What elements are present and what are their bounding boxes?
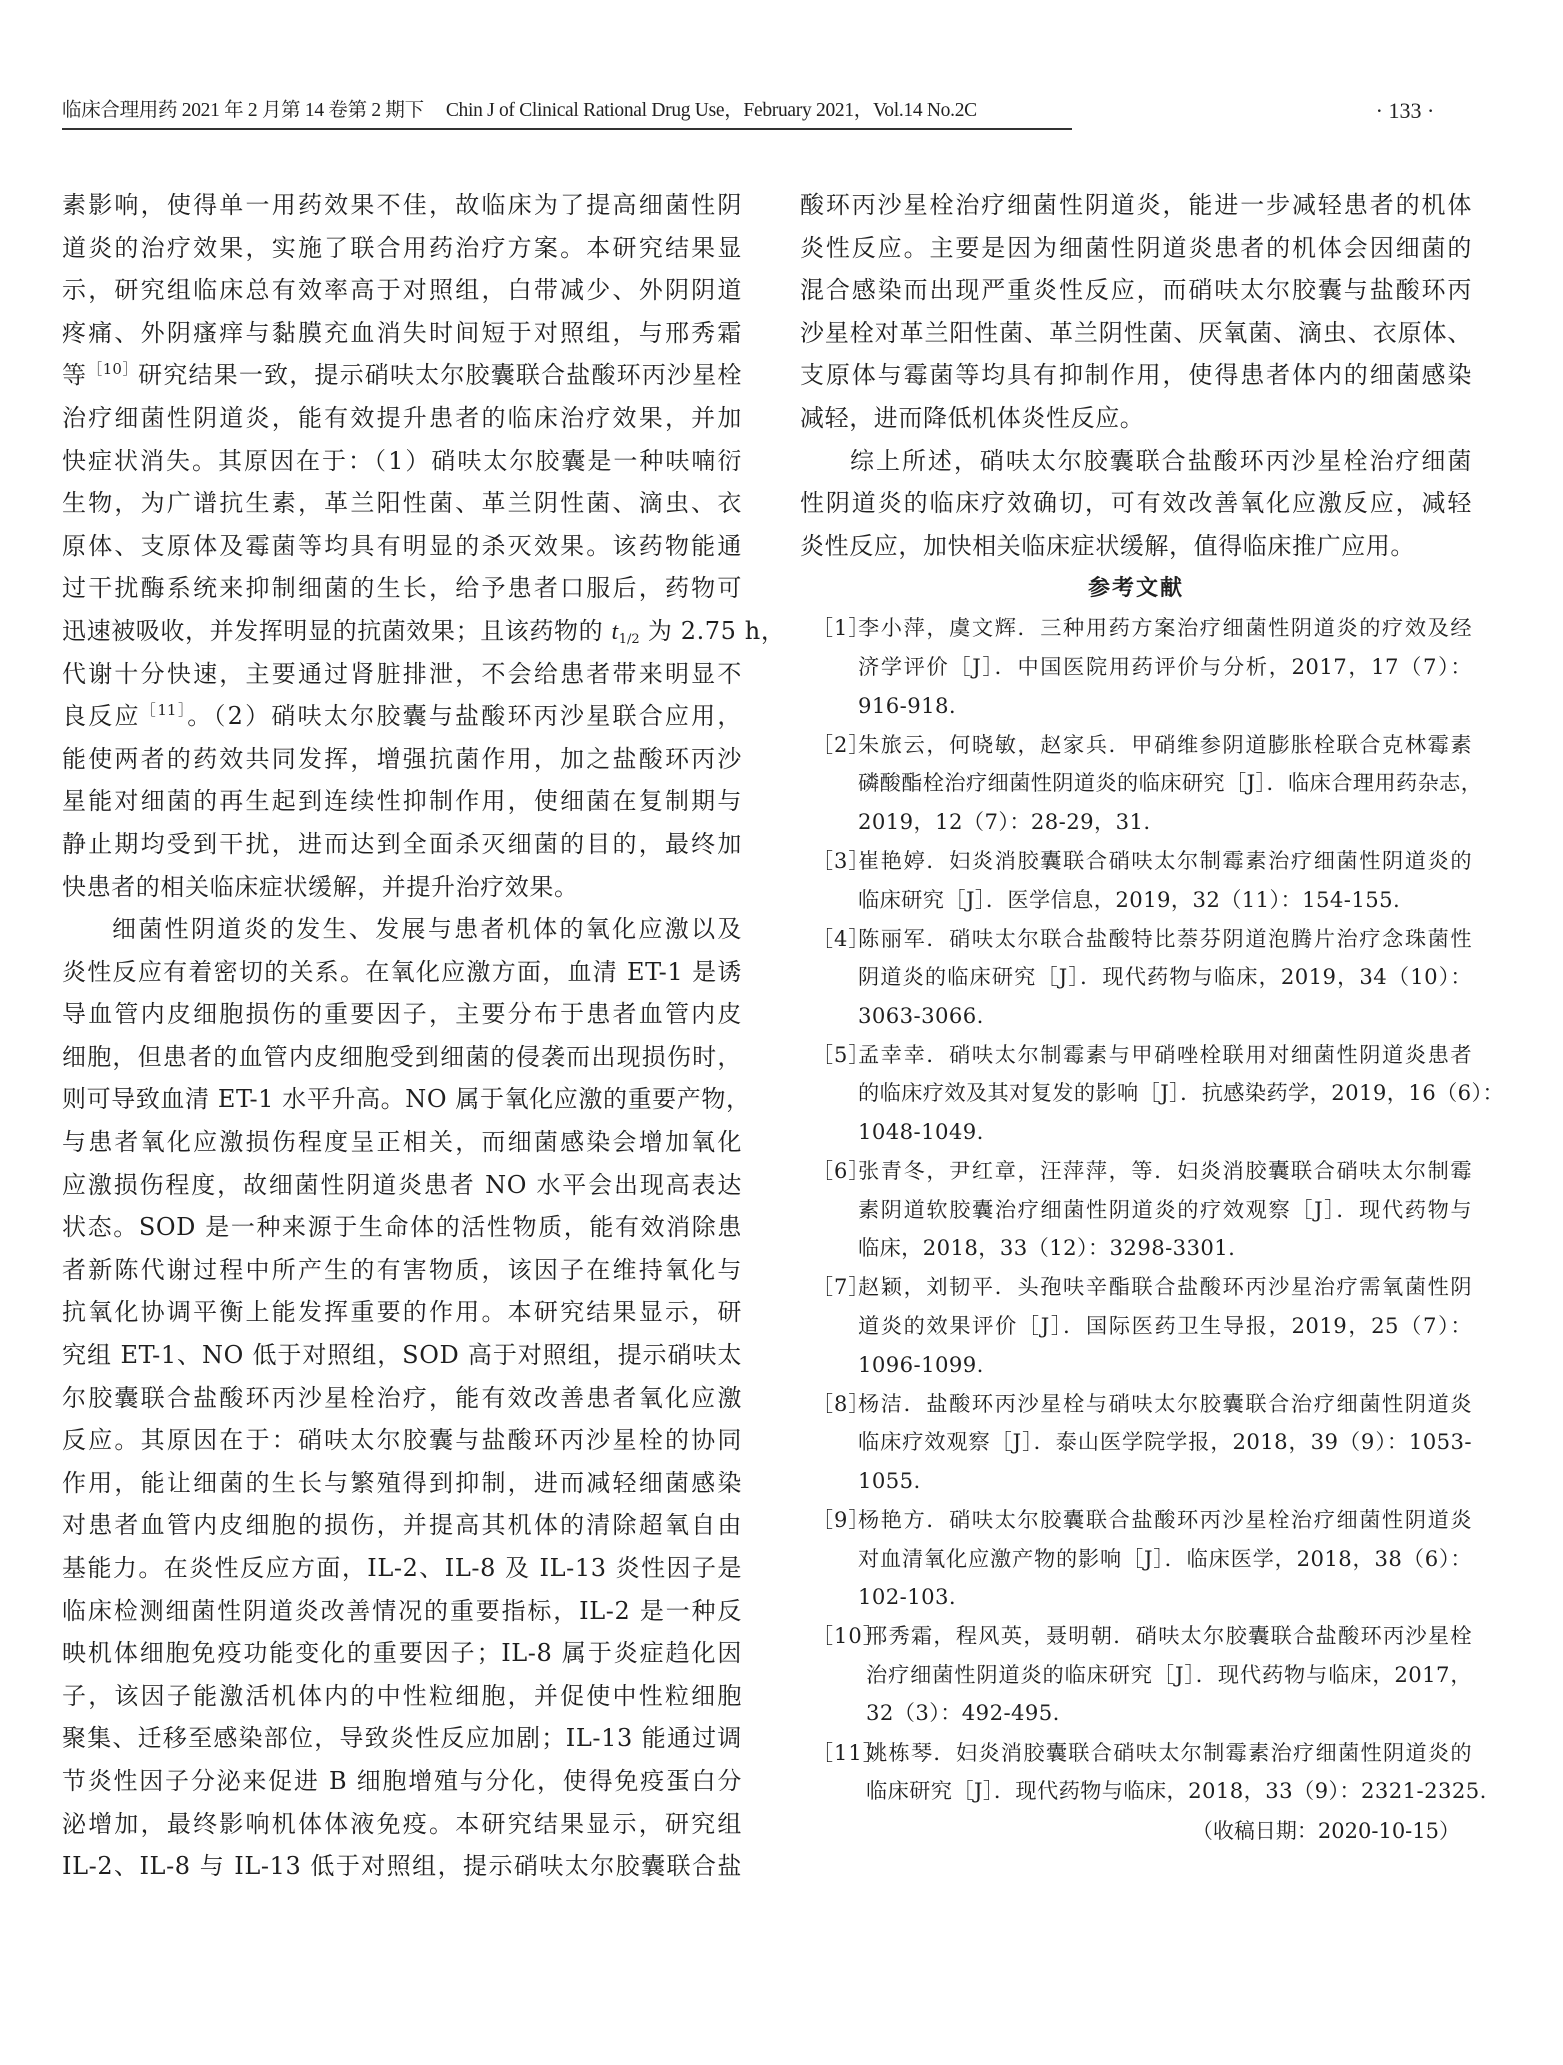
- text-line: 尔胶囊联合盐酸环丙沙星栓治疗，能有效改善患者氧化应激: [62, 1377, 742, 1420]
- text-line: 素影响，使得单一用药效果不佳，故临床为了提高细菌性阴: [62, 184, 742, 227]
- right-column: 酸环丙沙星栓治疗细菌性阴道炎，能进一步减轻患者的机体炎性反应。主要是因为细菌性阴…: [800, 184, 1472, 1851]
- reference-line: 素阴道软胶囊治疗细菌性阴道炎的疗效观察［J］．现代药物与: [858, 1191, 1472, 1230]
- text-segment: 为 2.75 h，: [640, 617, 786, 645]
- text-line: 聚集、迁移至感染部位，导致炎性反应加剧；IL-13 能通过调: [62, 1717, 742, 1760]
- reference-item: ［9］杨艳方．硝呋太尔胶囊联合盐酸环丙沙星栓治疗细菌性阴道炎对血清氧化应激产物的…: [800, 1501, 1472, 1617]
- reference-line: 杨艳方．硝呋太尔胶囊联合盐酸环丙沙星栓治疗细菌性阴道炎: [858, 1501, 1472, 1540]
- reference-item: ［5］孟幸幸．硝呋太尔制霉素与甲硝唑栓联用对细菌性阴道炎患者的临床疗效及其对复发…: [800, 1036, 1472, 1152]
- text-line: 与患者氧化应激损伤程度呈正相关，而细菌感染会增加氧化: [62, 1121, 742, 1164]
- reference-line: 赵颖，刘韧平．头孢呋辛酯联合盐酸环丙沙星治疗需氧菌性阴: [858, 1268, 1472, 1307]
- text-line: 临床检测细菌性阴道炎改善情况的重要指标，IL-2 是一种反: [62, 1590, 742, 1633]
- reference-line: 阴道炎的临床研究［J］．现代药物与临床，2019，34（10）：: [858, 958, 1472, 997]
- text-line: 抗氧化协调平衡上能发挥重要的作用。本研究结果显示，研: [62, 1291, 742, 1334]
- left-column: 素影响，使得单一用药效果不佳，故临床为了提高细菌性阴道炎的治疗效果，实施了联合用…: [62, 184, 742, 1888]
- reference-line: 临床疗效观察［J］．泰山医学院学报，2018，39（9）：1053-: [858, 1423, 1472, 1462]
- text-line: 原体、支原体及霉菌等均具有明显的杀灭效果。该药物能通: [62, 525, 742, 568]
- reference-number: ［4］: [812, 920, 870, 959]
- text-segment: 迅速被吸收，并发挥明显的抗菌效果；且该药物的: [62, 617, 611, 645]
- reference-line: 邢秀霜，程风英，聂明朝．硝呋太尔胶囊联合盐酸环丙沙星栓: [866, 1617, 1472, 1656]
- reference-line: 2019，12（7）：28-29，31.: [858, 803, 1472, 842]
- reference-line: 临床，2018，33（12）：3298-3301.: [858, 1229, 1472, 1268]
- text-line: 酸环丙沙星栓治疗细菌性阴道炎，能进一步减轻患者的机体: [800, 184, 1472, 227]
- reference-line: 陈丽军．硝呋太尔联合盐酸特比萘芬阴道泡腾片治疗念珠菌性: [858, 920, 1472, 959]
- text-line: 快症状消失。其原因在于：（1）硝呋太尔胶囊是一种呋喃衍: [62, 440, 742, 483]
- journal-title-cn: 临床合理用药 2021 年 2 月第 14 卷第 2 期下: [62, 100, 424, 121]
- text-line: 则可导致血清 ET-1 水平升高。NO 属于氧化应激的重要产物，: [62, 1078, 742, 1121]
- text-line: 支原体与霉菌等均具有抑制作用，使得患者体内的细菌感染: [800, 354, 1472, 397]
- text-line: 应激损伤程度，故细菌性阴道炎患者 NO 水平会出现高表达: [62, 1164, 742, 1207]
- reference-number: ［1］: [812, 609, 870, 648]
- reference-line: 姚栋琴．妇炎消胶囊联合硝呋太尔制霉素治疗细菌性阴道炎的: [866, 1734, 1472, 1773]
- text-line: 映机体细胞免疫功能变化的重要因子；IL-8 属于炎症趋化因: [62, 1632, 742, 1675]
- reference-line: 102-103.: [858, 1578, 1472, 1617]
- text-line: 反应。其原因在于：硝呋太尔胶囊与盐酸环丙沙星栓的协同: [62, 1419, 742, 1462]
- reference-number: ［10］: [812, 1617, 885, 1656]
- reference-item: ［1］李小萍，虞文辉．三种用药方案治疗细菌性阴道炎的疗效及经济学评价［J］．中国…: [800, 609, 1472, 725]
- text-segment: 。（2）硝呋太尔胶囊与盐酸环丙沙星联合应用，: [187, 702, 742, 730]
- text-line: 代谢十分快速，主要通过肾脏排泄，不会给患者带来明显不: [62, 653, 742, 696]
- reference-line: 的临床疗效及其对复发的影响［J］．抗感染药学，2019，16（6）：: [858, 1074, 1472, 1113]
- reference-item: ［10］邢秀霜，程风英，聂明朝．硝呋太尔胶囊联合盐酸环丙沙星栓治疗细菌性阴道炎的…: [800, 1617, 1472, 1733]
- reference-number: ［2］: [812, 726, 870, 765]
- text-line: 道炎的治疗效果，实施了联合用药治疗方案。本研究结果显: [62, 227, 742, 270]
- text-line: 究组 ET-1、NO 低于对照组，SOD 高于对照组，提示硝呋太: [62, 1334, 742, 1377]
- page-number: · 133 ·: [1360, 98, 1450, 124]
- reference-line: 临床研究［J］．现代药物与临床，2018，33（9）：2321-2325.: [866, 1772, 1472, 1811]
- text-line: 过干扰酶系统来抑制细菌的生长，给予患者口服后，药物可: [62, 567, 742, 610]
- reference-number: ［9］: [812, 1501, 870, 1540]
- reference-item: ［11］姚栋琴．妇炎消胶囊联合硝呋太尔制霉素治疗细菌性阴道炎的临床研究［J］．现…: [800, 1734, 1472, 1811]
- text-line: 疼痛、外阴瘙痒与黏膜充血消失时间短于对照组，与邢秀霜: [62, 312, 742, 355]
- text-line: 对患者血管内皮细胞的损伤，并提高其机体的清除超氧自由: [62, 1504, 742, 1547]
- reference-item: ［8］杨洁．盐酸环丙沙星栓与硝呋太尔胶囊联合治疗细菌性阴道炎临床疗效观察［J］．…: [800, 1385, 1472, 1501]
- reference-line: 1096-1099.: [858, 1346, 1472, 1385]
- reference-item: ［2］朱旅云，何晓敏，赵家兵．甲硝维参阴道膨胀栓联合克林霉素磷酸酯栓治疗细菌性阴…: [800, 726, 1472, 842]
- reference-number: ［8］: [812, 1385, 870, 1424]
- text-line: 示，研究组临床总有效率高于对照组，白带减少、外阴阴道: [62, 269, 742, 312]
- references-list: ［1］李小萍，虞文辉．三种用药方案治疗细菌性阴道炎的疗效及经济学评价［J］．中国…: [800, 609, 1472, 1810]
- citation-superscript: ［10］: [87, 360, 138, 378]
- running-header: 临床合理用药 2021 年 2 月第 14 卷第 2 期下Chin J of C…: [62, 98, 1072, 130]
- text-line: 快患者的相关临床症状缓解，并提升治疗效果。: [62, 866, 742, 909]
- text-segment: 研究结果一致，提示硝呋太尔胶囊联合盐酸环丙沙星栓: [138, 361, 742, 389]
- references-heading: 参考文献: [800, 569, 1472, 609]
- text-segment: 等: [62, 361, 87, 389]
- reference-number: ［7］: [812, 1268, 870, 1307]
- text-line: 炎性反应。主要是因为细菌性阴道炎患者的机体会因细菌的: [800, 227, 1472, 270]
- text-line: 等［10］研究结果一致，提示硝呋太尔胶囊联合盐酸环丙沙星栓: [62, 354, 742, 397]
- reference-line: 孟幸幸．硝呋太尔制霉素与甲硝唑栓联用对细菌性阴道炎患者: [858, 1036, 1472, 1075]
- reference-item: ［7］赵颖，刘韧平．头孢呋辛酯联合盐酸环丙沙星治疗需氧菌性阴道炎的效果评价［J］…: [800, 1268, 1472, 1384]
- reference-line: 朱旅云，何晓敏，赵家兵．甲硝维参阴道膨胀栓联合克林霉素: [858, 726, 1472, 765]
- reference-number: ［3］: [812, 842, 870, 881]
- reference-item: ［6］张青冬，尹红章，汪萍萍，等．妇炎消胶囊联合硝呋太尔制霉素阴道软胶囊治疗细菌…: [800, 1152, 1472, 1268]
- text-line: 能使两者的药效共同发挥，增强抗菌作用，加之盐酸环丙沙: [62, 738, 742, 781]
- text-line: 沙星栓对革兰阳性菌、革兰阴性菌、厌氧菌、滴虫、衣原体、: [800, 312, 1472, 355]
- text-line: 作用，能让细菌的生长与繁殖得到抑制，进而减轻细菌感染: [62, 1462, 742, 1505]
- text-line: IL-2、IL-8 与 IL-13 低于对照组，提示硝呋太尔胶囊联合盐: [62, 1845, 742, 1888]
- text-line: 细胞，但患者的血管内皮细胞受到细菌的侵袭而出现损伤时，: [62, 1036, 742, 1079]
- text-line: 减轻，进而降低机体炎性反应。: [800, 397, 1472, 440]
- text-line: 子，该因子能激活机体内的中性粒细胞，并促使中性粒细胞: [62, 1675, 742, 1718]
- reference-item: ［4］陈丽军．硝呋太尔联合盐酸特比萘芬阴道泡腾片治疗念珠菌性阴道炎的临床研究［J…: [800, 920, 1472, 1036]
- body-text-right: 酸环丙沙星栓治疗细菌性阴道炎，能进一步减轻患者的机体炎性反应。主要是因为细菌性阴…: [800, 184, 1472, 567]
- text-line: 静止期均受到干扰，进而达到全面杀灭细菌的目的，最终加: [62, 823, 742, 866]
- reference-line: 916-918.: [858, 687, 1472, 726]
- text-line: 基能力。在炎性反应方面，IL-2、IL-8 及 IL-13 炎性因子是: [62, 1547, 742, 1590]
- reference-line: 磷酸酯栓治疗细菌性阴道炎的临床研究［J］．临床合理用药杂志，: [858, 764, 1472, 803]
- math-variable: t: [611, 619, 618, 645]
- text-line: 导血管内皮细胞损伤的重要因子，主要分布于患者血管内皮: [62, 993, 742, 1036]
- text-line: 炎性反应有着密切的关系。在氧化应激方面，血清 ET-1 是诱: [62, 951, 742, 994]
- math-subscript: 1/2: [619, 632, 640, 647]
- text-line: 良反应［11］。（2）硝呋太尔胶囊与盐酸环丙沙星联合应用，: [62, 695, 742, 738]
- reference-line: 崔艳婷．妇炎消胶囊联合硝呋太尔制霉素治疗细菌性阴道炎的: [858, 842, 1472, 881]
- reference-line: 临床研究［J］．医学信息，2019，32（11）：154-155.: [858, 881, 1472, 920]
- reference-line: 杨洁．盐酸环丙沙星栓与硝呋太尔胶囊联合治疗细菌性阴道炎: [858, 1385, 1472, 1424]
- reference-number: ［5］: [812, 1036, 870, 1075]
- journal-title-en: Chin J of Clinical Rational Drug Use，Feb…: [446, 100, 977, 121]
- reference-line: 济学评价［J］．中国医院用药评价与分析，2017，17（7）：: [858, 648, 1472, 687]
- text-line: 炎性反应，加快相关临床症状缓解，值得临床推广应用。: [800, 525, 1472, 568]
- reference-line: 1048-1049.: [858, 1113, 1472, 1152]
- text-line: 状态。SOD 是一种来源于生命体的活性物质，能有效消除患: [62, 1206, 742, 1249]
- text-line: 节炎性因子分泌来促进 B 细胞增殖与分化，使得免疫蛋白分: [62, 1760, 742, 1803]
- text-line: 混合感染而出现严重炎性反应，而硝呋太尔胶囊与盐酸环丙: [800, 269, 1472, 312]
- reference-line: 对血清氧化应激产物的影响［J］．临床医学，2018，38（6）：: [858, 1540, 1472, 1579]
- reference-line: 1055.: [858, 1462, 1472, 1501]
- text-line: 迅速被吸收，并发挥明显的抗菌效果；且该药物的 t1/2 为 2.75 h，: [62, 610, 742, 653]
- reference-line: 李小萍，虞文辉．三种用药方案治疗细菌性阴道炎的疗效及经: [858, 609, 1472, 648]
- reference-line: 32（3）：492-495.: [866, 1694, 1472, 1733]
- text-line: 细菌性阴道炎的发生、发展与患者机体的氧化应激以及: [62, 908, 742, 951]
- text-line: 生物，为广谱抗生素，革兰阳性菌、革兰阴性菌、滴虫、衣: [62, 482, 742, 525]
- reference-line: 3063-3066.: [858, 997, 1472, 1036]
- reference-line: 道炎的效果评价［J］．国际医药卫生导报，2019，25（7）：: [858, 1307, 1472, 1346]
- reference-item: ［3］崔艳婷．妇炎消胶囊联合硝呋太尔制霉素治疗细菌性阴道炎的临床研究［J］．医学…: [800, 842, 1472, 919]
- text-line: 性阴道炎的临床疗效确切，可有效改善氧化应激反应，减轻: [800, 482, 1472, 525]
- reference-number: ［11］: [812, 1734, 885, 1773]
- text-line: 治疗细菌性阴道炎，能有效提升患者的临床治疗效果，并加: [62, 397, 742, 440]
- reference-number: ［6］: [812, 1152, 870, 1191]
- text-line: 综上所述，硝呋太尔胶囊联合盐酸环丙沙星栓治疗细菌: [800, 440, 1472, 483]
- text-segment: 良反应: [62, 702, 141, 730]
- reference-line: 张青冬，尹红章，汪萍萍，等．妇炎消胶囊联合硝呋太尔制霉: [858, 1152, 1472, 1191]
- text-line: 者新陈代谢过程中所产生的有害物质，该因子在维持氧化与: [62, 1249, 742, 1292]
- text-line: 星能对细菌的再生起到连续性抑制作用，使细菌在复制期与: [62, 780, 742, 823]
- reference-line: 治疗细菌性阴道炎的临床研究［J］．现代药物与临床，2017，: [866, 1656, 1472, 1695]
- citation-superscript: ［11］: [141, 701, 188, 719]
- received-date: （收稿日期：2020-10-15）: [800, 1811, 1472, 1851]
- text-line: 泌增加，最终影响机体体液免疫。本研究结果显示，研究组: [62, 1803, 742, 1846]
